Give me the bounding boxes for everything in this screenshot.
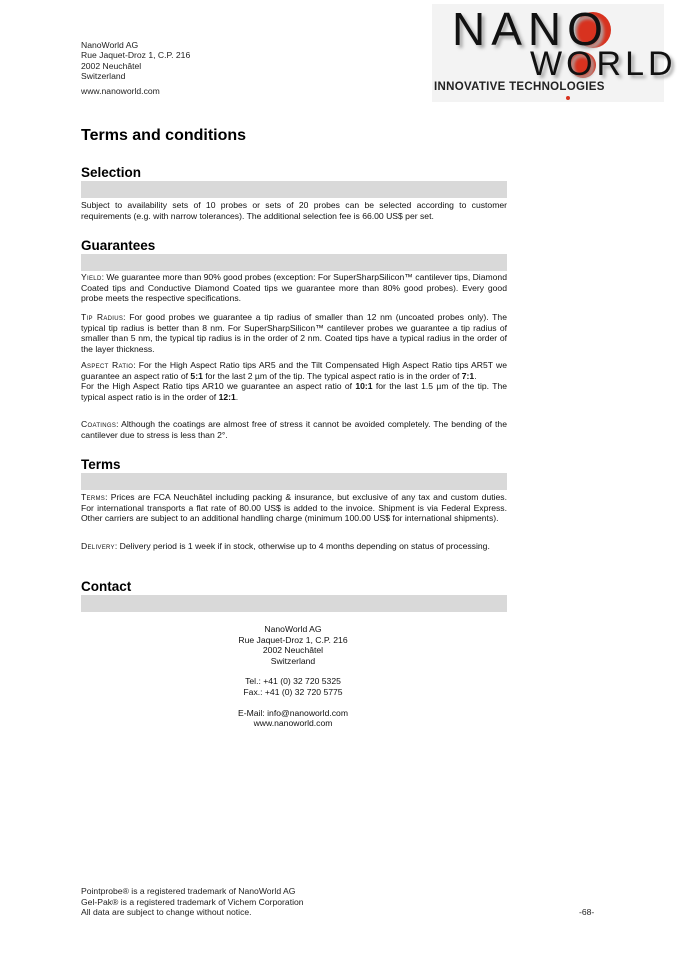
yield-paragraph: Yield: We guarantee more than 90% good p…	[81, 272, 507, 304]
address-line: NanoWorld AG	[81, 40, 190, 50]
terms-label: Terms	[81, 492, 105, 502]
logo-word-world: WORLD	[530, 46, 677, 82]
aspect-ratio-paragraph: Aspect Ratio: For the High Aspect Ratio …	[81, 360, 507, 402]
aspect-ratio-value: 7:1	[462, 371, 474, 381]
contact-fax: Fax.: +41 (0) 32 720 5775	[200, 687, 386, 698]
delivery-paragraph: Delivery: Delivery period is 1 week if i…	[81, 541, 507, 552]
address-line: Rue Jaquet-Droz 1, C.P. 216	[81, 50, 190, 60]
aspect-ratio-value: 10:1	[355, 381, 372, 391]
address-line: Switzerland	[81, 71, 190, 81]
section-heading-selection: Selection	[81, 165, 141, 180]
aspect-ratio-text: For the High Aspect Ratio tips AR10 we g…	[81, 381, 355, 391]
contact-email-link[interactable]: E-Mail: info@nanoworld.com	[200, 708, 386, 719]
company-address: NanoWorld AG Rue Jaquet-Droz 1, C.P. 216…	[81, 40, 190, 96]
yield-text: : We guarantee more than 90% good probes…	[81, 272, 507, 303]
section-divider-bar	[81, 473, 507, 490]
selection-text: Subject to availability sets of 10 probe…	[81, 200, 507, 221]
coatings-paragraph: Coatings: Although the coatings are almo…	[81, 419, 507, 440]
coatings-label: Coatings	[81, 419, 116, 429]
page-title: Terms and conditions	[81, 127, 246, 145]
delivery-label: Delivery	[81, 541, 115, 551]
tip-radius-label: Tip Radius	[81, 312, 123, 322]
aspect-ratio-label: Aspect Ratio	[81, 360, 133, 370]
contact-company: NanoWorld AG	[200, 624, 386, 635]
section-divider-bar	[81, 254, 507, 271]
coatings-text: : Although the coatings are almost free …	[81, 419, 507, 440]
footer-line: Gel-Pak® is a registered trademark of Vi…	[81, 897, 304, 908]
logo-tagline: INNOVATIVE TECHNOLOGIES	[434, 81, 605, 93]
yield-label: Yield	[81, 272, 102, 282]
contact-city: 2002 Neuchâtel	[200, 645, 386, 656]
aspect-ratio-value: 5:1	[190, 371, 202, 381]
contact-website-link[interactable]: www.nanoworld.com	[200, 718, 386, 729]
contact-phone: Tel.: +41 (0) 32 720 5325	[200, 676, 386, 687]
footer-line: Pointprobe® is a registered trademark of…	[81, 886, 304, 897]
tip-radius-paragraph: Tip Radius: For good probes we guarantee…	[81, 312, 507, 354]
logo-small-dot-icon	[566, 96, 570, 100]
address-line: 2002 Neuchâtel	[81, 61, 190, 71]
website-link[interactable]: www.nanoworld.com	[81, 86, 190, 96]
contact-block: NanoWorld AG Rue Jaquet-Droz 1, C.P. 216…	[200, 624, 386, 729]
section-divider-bar	[81, 181, 507, 198]
aspect-ratio-text: for the last 2 µm of the tip. The typica…	[203, 371, 462, 381]
section-heading-contact: Contact	[81, 579, 131, 594]
section-heading-terms: Terms	[81, 457, 121, 472]
aspect-ratio-text: .	[236, 392, 238, 402]
terms-text: : Prices are FCA Neuchâtel including pac…	[81, 492, 507, 523]
terms-paragraph: Terms: Prices are FCA Neuchâtel includin…	[81, 492, 507, 524]
contact-street: Rue Jaquet-Droz 1, C.P. 216	[200, 635, 386, 646]
section-heading-guarantees: Guarantees	[81, 238, 155, 253]
nanoworld-logo: NANO WORLD INNOVATIVE TECHNOLOGIES	[432, 4, 664, 102]
tip-radius-text: : For good probes we guarantee a tip rad…	[81, 312, 507, 354]
page-number: -68-	[579, 907, 594, 917]
section-divider-bar	[81, 595, 507, 612]
delivery-text: : Delivery period is 1 week if in stock,…	[115, 541, 490, 551]
footer-line: All data are subject to change without n…	[81, 907, 304, 918]
footer-notes: Pointprobe® is a registered trademark of…	[81, 886, 304, 918]
contact-country: Switzerland	[200, 656, 386, 667]
aspect-ratio-value: 12:1	[219, 392, 236, 402]
aspect-ratio-text: .	[474, 371, 476, 381]
